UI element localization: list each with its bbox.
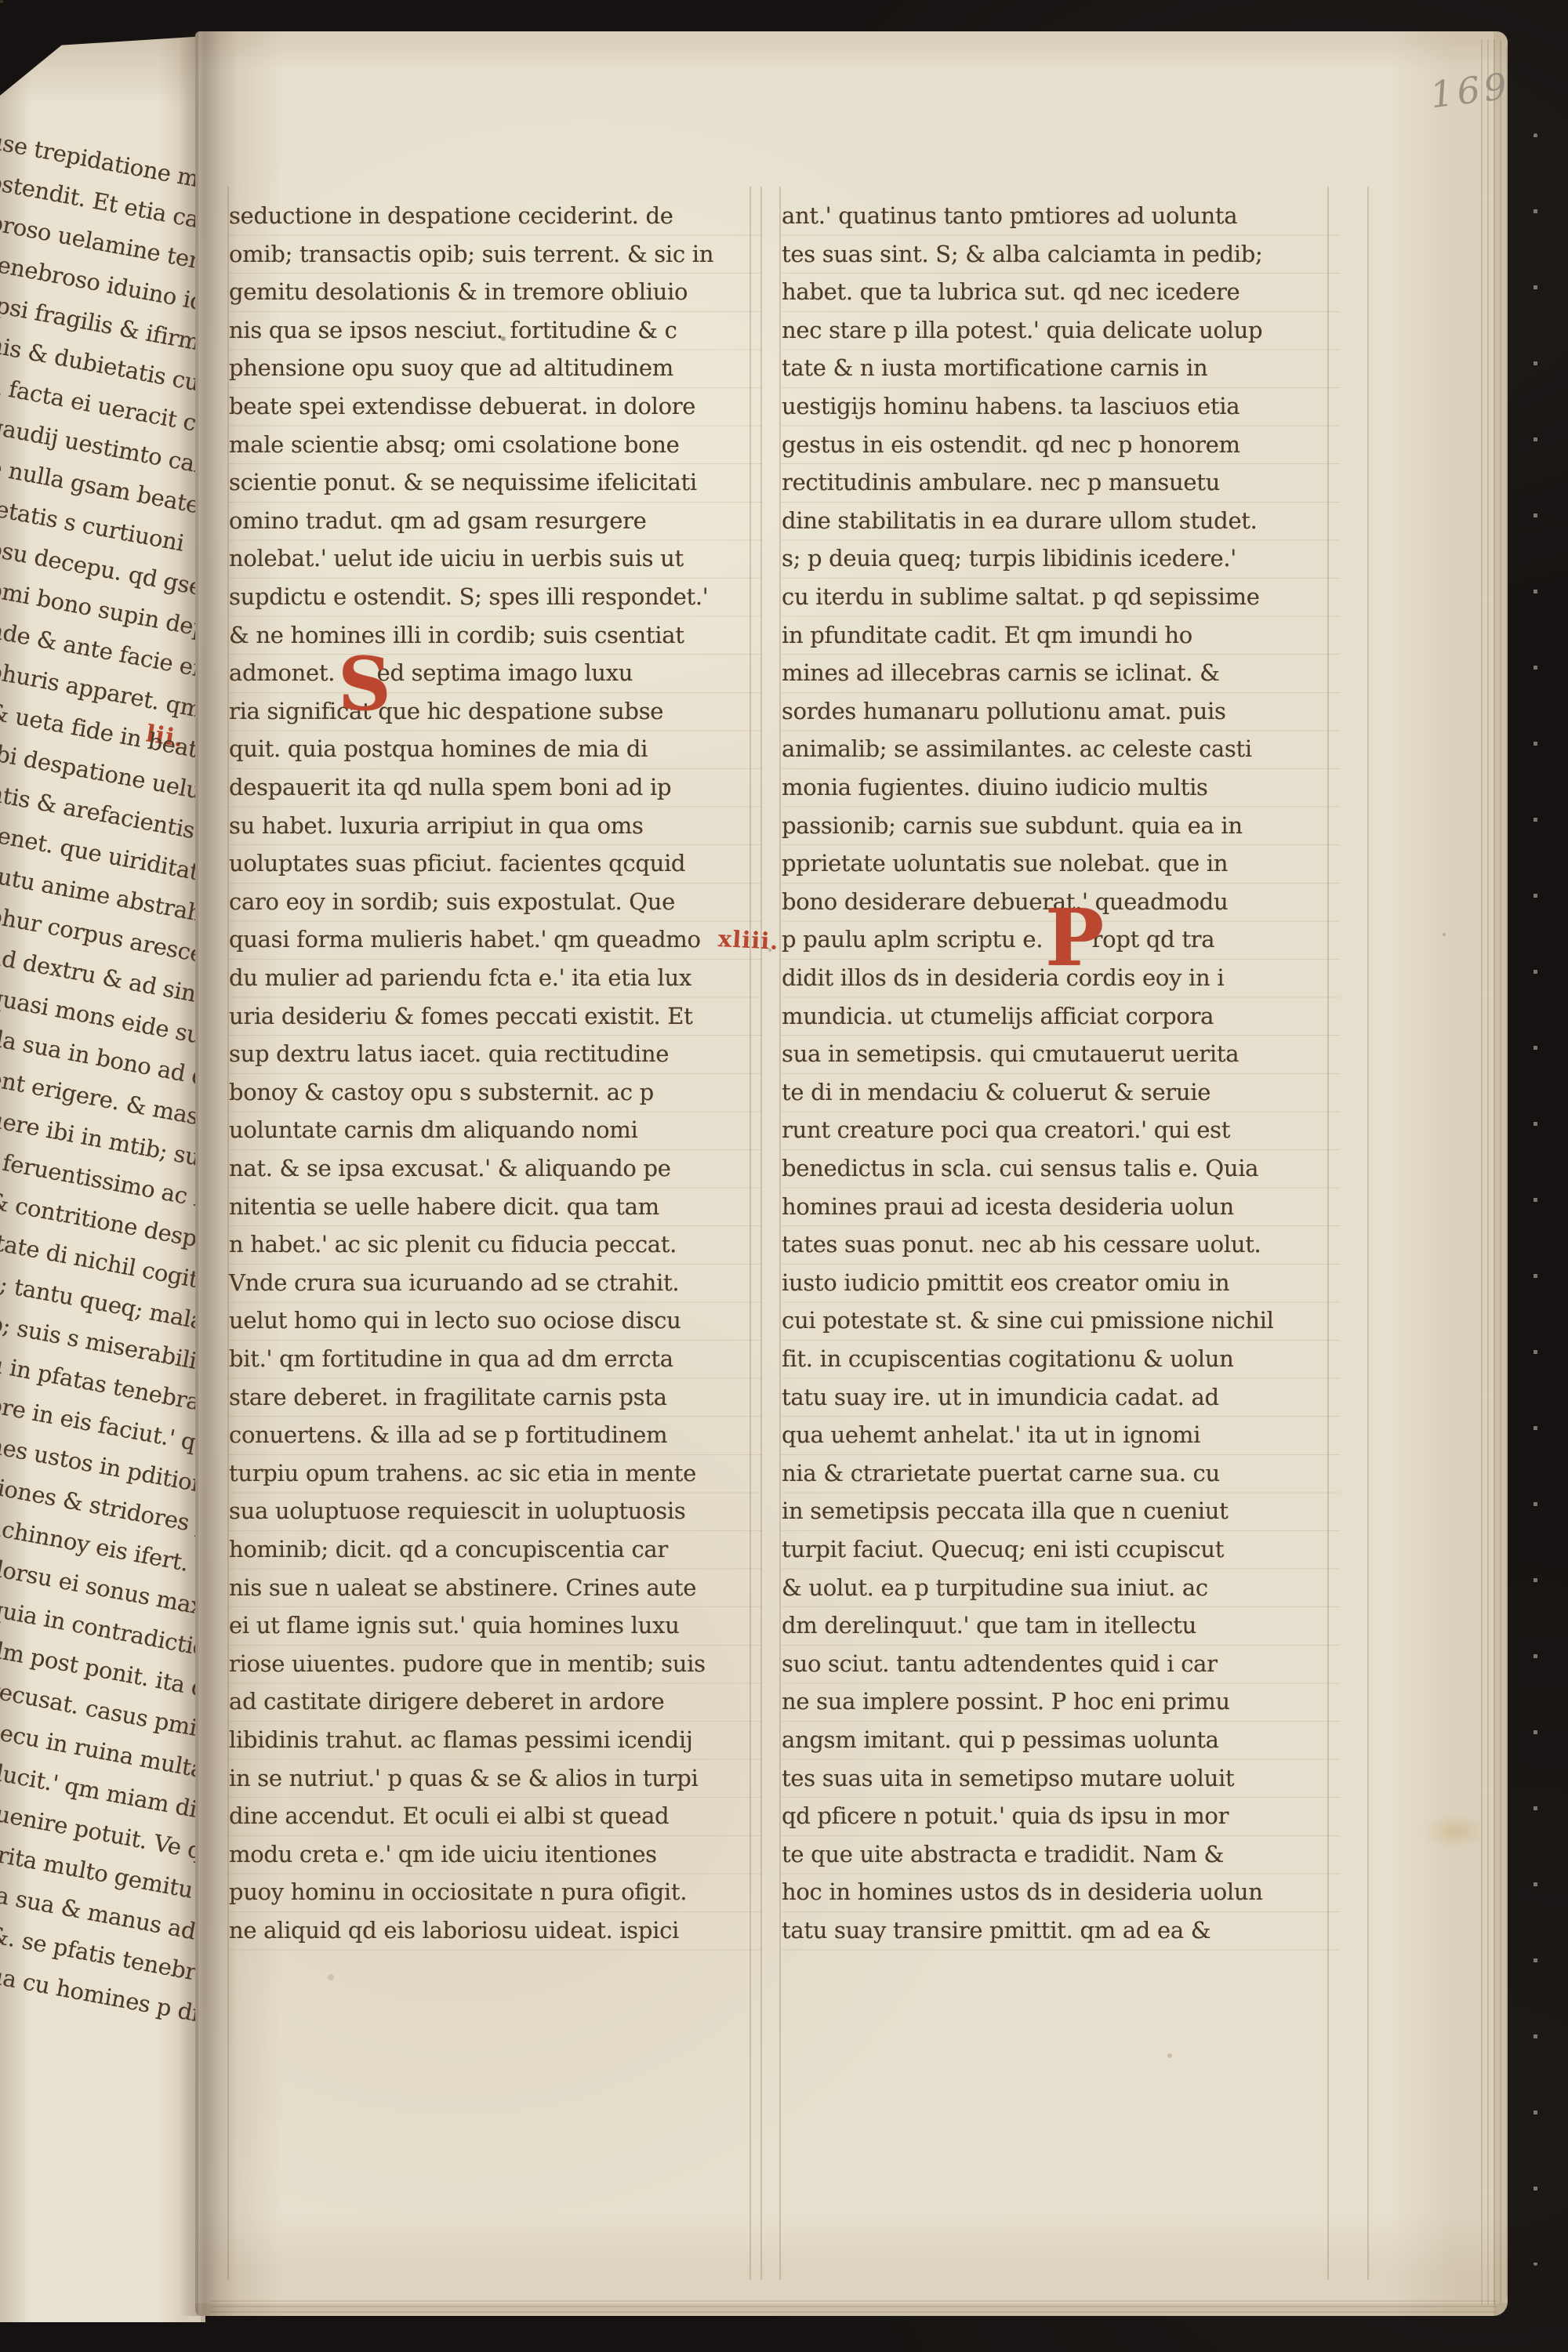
text-line: runt creature poci qua creatori.' qui es…	[782, 1112, 1340, 1150]
text-line: uria desideriu & fomes peccati existit. …	[229, 998, 762, 1036]
text-line: puoy hominu in occiositate n pura ofigit…	[229, 1874, 762, 1912]
text-line: nolebat.' uelut ide uiciu in uerbis suis…	[229, 540, 762, 579]
text-line: angsm imitant. qui p pessimas uolunta	[782, 1722, 1340, 1760]
text-line: turpit faciut. Quecuq; eni isti ccupiscu…	[782, 1531, 1340, 1570]
ruling-line-vertical	[1367, 187, 1369, 2280]
text-column-left: seductione in despatione ceciderint. deo…	[229, 198, 762, 1958]
text-line: supdictu e ostendit. S; spes illi respon…	[229, 579, 762, 617]
text-line: quit. quia postqua homines de mia di	[229, 731, 762, 769]
text-line: omib; transactis opib; suis terrent. & s…	[229, 236, 762, 274]
text-line: & ne homines illi in cordib; suis csenti…	[229, 617, 762, 655]
text-line: homines praui ad icesta desideria uolun	[782, 1189, 1340, 1227]
text-line: ne sua implere possint. P hoc eni primu	[782, 1683, 1340, 1722]
text-line: nec stare p illa potest.' quia delicate …	[782, 312, 1340, 350]
text-line: suo sciut. tantu adtendentes quid i car	[782, 1646, 1340, 1684]
text-line: despauerit ita qd nulla spem boni ad ip	[229, 769, 762, 808]
text-line: omino tradut. qm ad gsam resurgere	[229, 503, 762, 541]
text-line: & uolut. ea p turpitudine sua iniut. ac	[782, 1570, 1340, 1608]
text-line: nia & ctrarietate puertat carne sua. cu	[782, 1455, 1340, 1494]
text-line: tatu suay ire. ut in imundicia cadat. ad	[782, 1379, 1340, 1417]
text-line: habet. que ta lubrica sut. qd nec iceder…	[782, 274, 1340, 312]
text-line: nis qua se ipsos nesciut. fortitudine & …	[229, 312, 762, 350]
text-line: beate spei extendisse debuerat. in dolor…	[229, 388, 762, 426]
text-line: fit. in ccupiscentias cogitationu & uolu…	[782, 1341, 1340, 1379]
text-line: tate & n iusta mortificatione carnis in	[782, 350, 1340, 388]
text-line: bit.' qm fortitudine in qua ad dm errcta	[229, 1341, 762, 1379]
text-line: mundicia. ut ctumelijs afficiat corpora	[782, 998, 1340, 1036]
text-line: quasi forma mulieris habet.' qm queadmo	[229, 921, 762, 960]
text-line: du mulier ad pariendu fcta e.' ita etia …	[229, 960, 762, 998]
text-line: ria significat que hic despatione subse	[229, 693, 762, 731]
text-line: uoluntate carnis dm aliquando nomi	[229, 1112, 762, 1150]
text-line: sup dextru latus iacet. quia rectitudine	[229, 1036, 762, 1074]
text-line: hoc in homines ustos ds in desideria uol…	[782, 1874, 1340, 1912]
text-line: in pfunditate cadit. Et qm imundi ho	[782, 617, 1340, 655]
text-line: riose uiuentes. pudore que in mentib; su…	[229, 1646, 762, 1684]
facing-page-edge: lii. use trepidatione mulostendit. Et et…	[0, 36, 205, 2322]
text-line: tes suas uita in semetipso mutare uoluit	[782, 1760, 1340, 1798]
text-line: monia fugientes. diuino iudicio multis	[782, 769, 1340, 808]
text-line: s; p deuia queq; turpis libidinis iceder…	[782, 540, 1340, 579]
text-line: gestus in eis ostendit. qd nec p honorem	[782, 426, 1340, 465]
text-line: conuertens. & illa ad se p fortitudinem	[229, 1417, 762, 1455]
text-line: te que uite abstracta e tradidit. Nam &	[782, 1836, 1340, 1875]
text-line: sua uoluptuose requiescit in uoluptuosis	[229, 1493, 762, 1531]
text-line: rectitudinis ambulare. nec p mansuetu	[782, 464, 1340, 503]
marginal-rubric-number-intercolumn: xliii.	[717, 925, 779, 955]
text-line: phensione opu suoy que ad altitudinem	[229, 350, 762, 388]
text-line: seductione in despatione ceciderint. de	[229, 198, 762, 236]
text-line: male scientie absq; omi csolatione bone	[229, 426, 762, 465]
text-line: ad castitate dirigere deberet in ardore	[229, 1683, 762, 1722]
text-line: sua in semetipsis. qui cmutauerut uerita	[782, 1036, 1340, 1074]
rubricated-initial-S: S	[338, 648, 391, 721]
text-line: mines ad illecebras carnis se iclinat. &	[782, 655, 1340, 693]
text-line: ne aliquid qd eis laboriosu uideat. ispi…	[229, 1912, 762, 1951]
text-line: passionib; carnis sue subdunt. quia ea i…	[782, 808, 1340, 846]
page-edge-dots	[1534, 133, 1537, 2266]
bottom-page-edges	[211, 2300, 1497, 2316]
text-line: admonet. ed septima imago luxu	[229, 655, 762, 693]
text-line: dine stabilitatis in ea durare ullom stu…	[782, 503, 1340, 541]
text-line: modu creta e.' qm ide uiciu itentiones	[229, 1836, 762, 1875]
text-line: tes suas sint. S; & alba calciamta in pe…	[782, 236, 1340, 274]
text-line: scientie ponut. & se nequissime ifelicit…	[229, 464, 762, 503]
text-line: su habet. luxuria arripiut in qua oms	[229, 808, 762, 846]
text-line: n habet.' ac sic plenit cu fiducia pecca…	[229, 1226, 762, 1265]
text-line: ei ut flame ignis sut.' quia homines lux…	[229, 1607, 762, 1646]
text-line: libidinis trahut. ac flamas pessimi icen…	[229, 1722, 762, 1760]
manuscript-photograph: { "page": { "folio_number": "169", "marg…	[0, 0, 1568, 2352]
text-line: nis sue n ualeat se abstinere. Crines au…	[229, 1570, 762, 1608]
text-line: te di in mendaciu & coluerut & seruie	[782, 1074, 1340, 1112]
text-line: cui potestate st. & sine cui pmissione n…	[782, 1302, 1340, 1341]
text-line: uoluptates suas pficiut. facientes qcqui…	[229, 845, 762, 884]
text-line: tatu suay transire pmittit. qm ad ea &	[782, 1912, 1340, 1951]
ruling-line-vertical	[779, 187, 781, 2280]
text-line: dm derelinquut.' que tam in itellectu	[782, 1607, 1340, 1646]
parchment-specks	[0, 0, 3, 3]
text-line: animalib; se assimilantes. ac celeste ca…	[782, 731, 1340, 769]
text-column-right: ant.' quatinus tanto pmtiores ad uolunta…	[782, 198, 1340, 1958]
text-line: turpiu opum trahens. ac sic etia in ment…	[229, 1455, 762, 1494]
text-line: qd pficere n potuit.' quia ds ipsu in mo…	[782, 1798, 1340, 1836]
text-line: ant.' quatinus tanto pmtiores ad uolunta	[782, 198, 1340, 236]
text-line: uestigijs hominu habens. ta lasciuos eti…	[782, 388, 1340, 426]
text-line: dine accendut. Et oculi ei albi st quead	[229, 1798, 762, 1836]
text-line: nat. & se ipsa excusat.' & aliquando pe	[229, 1150, 762, 1189]
text-line: caro eoy in sordib; suis expostulat. Que	[229, 884, 762, 922]
text-line: sordes humanaru pollutionu amat. puis	[782, 693, 1340, 731]
text-line: Vnde crura sua icuruando ad se ctrahit.	[229, 1265, 762, 1303]
text-line: in se nutriut.' p quas & se & alios in t…	[229, 1760, 762, 1798]
text-line: nitentia se uelle habere dicit. qua tam	[229, 1189, 762, 1227]
text-line: iusto iudicio pmittit eos creator omiu i…	[782, 1265, 1340, 1303]
text-line: bonoy & castoy opu s substernit. ac p	[229, 1074, 762, 1112]
text-line: pprietate uoluntatis sue nolebat. que in	[782, 845, 1340, 884]
text-line: gemitu desolationis & in tremore obliuio	[229, 274, 762, 312]
text-line: benedictus in scla. cui sensus talis e. …	[782, 1150, 1340, 1189]
fore-edge-pages	[1481, 39, 1508, 2305]
text-line: cu iterdu in sublime saltat. p qd sepiss…	[782, 579, 1340, 617]
text-line: uelut homo qui in lecto suo ociose discu	[229, 1302, 762, 1341]
text-line: stare deberet. in fragilitate carnis pst…	[229, 1379, 762, 1417]
rubricated-initial-P: P	[1045, 898, 1104, 977]
text-line: qua uehemt anhelat.' ita ut in ignomi	[782, 1417, 1340, 1455]
text-line: tates suas ponut. nec ab his cessare uol…	[782, 1226, 1340, 1265]
text-line: hominib; dicit. qd a concupiscentia car	[229, 1531, 762, 1570]
text-line: in semetipsis peccata illa que n cueniut	[782, 1493, 1340, 1531]
